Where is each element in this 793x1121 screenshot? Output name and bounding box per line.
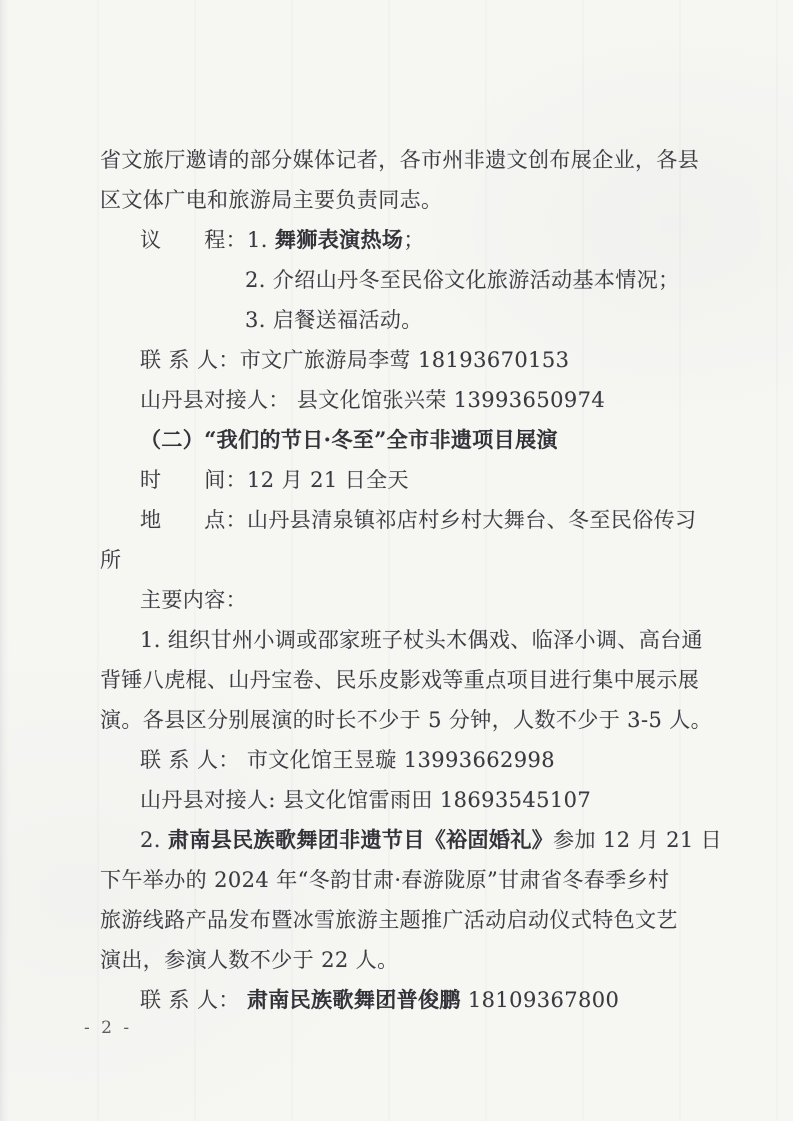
text-line: 下午举办的 2024 年“冬韵甘肃·春游陇原”甘肃省冬春季乡村: [100, 860, 712, 900]
text-line: 区文体广电和旅游局主要负责同志。: [100, 180, 712, 220]
text-line: 时 间：12 月 21 日全天: [100, 460, 712, 500]
text-segment: 所: [100, 548, 121, 572]
text-segment: 演。各县区分别展演的时长不少于 5 分钟，人数不少于 3-5 人。: [100, 708, 712, 732]
text-segment: 旅游线路产品发布暨冰雪旅游主题推广活动启动仪式特色文艺: [100, 908, 678, 932]
text-line: 演出，参演人数不少于 22 人。: [100, 940, 712, 980]
text-segment: 舞狮表演热场: [275, 227, 403, 252]
text-segment: 联 系 人：: [140, 988, 247, 1012]
text-line: 3. 启餐送福活动。: [100, 300, 712, 340]
text-segment: 联 系 人：市文广旅游局李莺 18193670153: [140, 348, 569, 372]
text-line: 议 程：1. 舞狮表演热场；: [100, 220, 712, 260]
text-line: 地 点：山丹县清泉镇祁店村乡村大舞台、冬至民俗传习: [100, 500, 712, 540]
text-line: 所: [100, 540, 712, 580]
text-line: 2. 介绍山丹冬至民俗文化旅游活动基本情况；: [100, 260, 712, 300]
page-number: - 2 -: [84, 1018, 132, 1038]
text-segment: 参加 12 月 21 日: [553, 828, 722, 852]
text-line: 主要内容：: [100, 580, 712, 620]
text-segment: 18109367800: [461, 988, 619, 1012]
text-segment: 肃南县民族歌舞团非遗节目《裕固婚礼》: [168, 827, 553, 852]
text-line: 山丹县对接人： 县文化馆张兴荣 13993650974: [100, 380, 712, 420]
text-segment: 2.: [140, 828, 168, 852]
text-segment: 2. 介绍山丹冬至民俗文化旅游活动基本情况；: [245, 268, 680, 292]
text-line: 旅游线路产品发布暨冰雪旅游主题推广活动启动仪式特色文艺: [100, 900, 712, 940]
text-segment: 肃南民族歌舞团普俊鹏: [247, 987, 461, 1012]
document-body: 省文旅厅邀请的部分媒体记者，各市州非遗文创布展企业，各县区文体广电和旅游局主要负…: [100, 140, 712, 1020]
text-segment: 议 程：1.: [140, 228, 275, 252]
text-line: 山丹县对接人: 县文化馆雷雨田 18693545107: [100, 780, 712, 820]
text-segment: （二）“我们的节日·冬至”全市非遗项目展演: [140, 427, 558, 452]
text-segment: ；: [403, 228, 424, 252]
text-line: 省文旅厅邀请的部分媒体记者，各市州非遗文创布展企业，各县: [100, 140, 712, 180]
text-line: 演。各县区分别展演的时长不少于 5 分钟，人数不少于 3-5 人。: [100, 700, 712, 740]
text-line: 联 系 人： 肃南民族歌舞团普俊鹏 18109367800: [100, 980, 712, 1020]
text-segment: 山丹县对接人： 县文化馆张兴荣 13993650974: [140, 388, 605, 412]
text-segment: 联 系 人： 市文化馆王昱璇 13993662998: [140, 748, 555, 772]
text-segment: 演出，参演人数不少于 22 人。: [100, 948, 398, 972]
text-segment: 主要内容：: [140, 588, 247, 612]
text-line: 2. 肃南县民族歌舞团非遗节目《裕固婚礼》参加 12 月 21 日: [100, 820, 712, 860]
text-line: 背锤八虎棍、山丹宝卷、民乐皮影戏等重点项目进行集中展示展: [100, 660, 712, 700]
text-segment: 下午举办的 2024 年“冬韵甘肃·春游陇原”甘肃省冬春季乡村: [100, 868, 669, 892]
text-segment: 背锤八虎棍、山丹宝卷、民乐皮影戏等重点项目进行集中展示展: [100, 668, 699, 692]
text-segment: 时 间：12 月 21 日全天: [140, 468, 409, 492]
text-segment: 1. 组织甘州小调或邵家班子杖头木偶戏、临泽小调、高台通: [140, 628, 703, 652]
text-line: 联 系 人：市文广旅游局李莺 18193670153: [100, 340, 712, 380]
text-line: 1. 组织甘州小调或邵家班子杖头木偶戏、临泽小调、高台通: [100, 620, 712, 660]
text-segment: 区文体广电和旅游局主要负责同志。: [100, 188, 442, 212]
text-segment: 省文旅厅邀请的部分媒体记者，各市州非遗文创布展企业，各县: [100, 148, 699, 172]
text-line: （二）“我们的节日·冬至”全市非遗项目展演: [100, 420, 712, 460]
text-segment: 3. 启餐送福活动。: [245, 308, 423, 332]
text-segment: 地 点：山丹县清泉镇祁店村乡村大舞台、冬至民俗传习: [140, 508, 696, 532]
text-segment: 山丹县对接人: 县文化馆雷雨田 18693545107: [140, 788, 591, 812]
text-line: 联 系 人： 市文化馆王昱璇 13993662998: [100, 740, 712, 780]
